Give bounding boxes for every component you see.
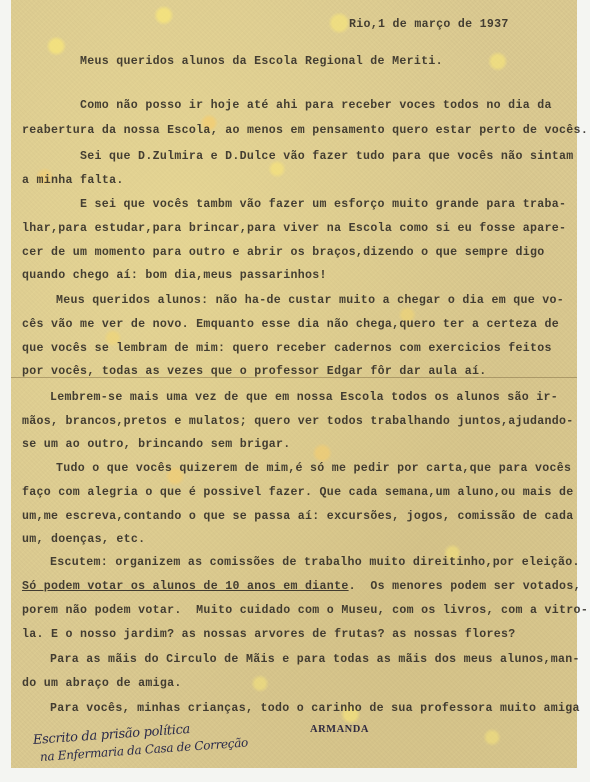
letter-line: reabertura da nossa Escola, ao menos em … bbox=[22, 124, 588, 137]
letter-line: Sei que D.Zulmira e D.Dulce vão fazer tu… bbox=[80, 150, 574, 163]
letter-line: mãos, brancos,pretos e mulatos; quero ve… bbox=[22, 415, 574, 428]
line-remainder: . Os menores podem ser votados, bbox=[349, 580, 581, 593]
letter-line: lhar,para estudar,para brincar,para vive… bbox=[22, 222, 566, 235]
letter-line: Para as mãis do Circulo de Mãis e para t… bbox=[50, 653, 580, 666]
letter-line: Como não posso ir hoje até ahi para rece… bbox=[80, 99, 552, 112]
letter-line: um, doenças, etc. bbox=[22, 533, 145, 546]
letter-line: cer de um momento para outro e abrir os … bbox=[22, 246, 545, 259]
letter-line-underlined: Só podem votar os alunos de 10 anos em d… bbox=[22, 580, 581, 593]
letter-line: la. E o nosso jardim? as nossas arvores … bbox=[22, 628, 516, 641]
letter-line: faço com alegria o que é possivel fazer.… bbox=[22, 486, 574, 499]
letter-line: Para vocês, minhas crianças, todo o cari… bbox=[50, 702, 580, 715]
letter-line: cês vão me ver de novo. Emquanto esse di… bbox=[22, 318, 559, 331]
letter-line: Meus queridos alunos: não ha-de custar m… bbox=[56, 294, 564, 307]
signature: ARMANDA bbox=[310, 724, 369, 735]
letter-line: a minha falta. bbox=[22, 174, 124, 187]
salutation: Meus queridos alunos da Escola Regional … bbox=[80, 55, 443, 68]
underlined-phrase: Só podem votar os alunos de 10 anos em d… bbox=[22, 580, 349, 593]
letter-line: que vocês se lembram de mim: quero receb… bbox=[22, 342, 552, 355]
letter-line: por vocês, todas as vezes que o professo… bbox=[22, 365, 486, 378]
letter-line: porem não podem votar. Muito cuidado com… bbox=[22, 604, 588, 617]
letter-line: Tudo o que vocês quizerem de mim,é só me… bbox=[56, 462, 571, 475]
letter-line: E sei que vocês tambm vão fazer um esfor… bbox=[80, 198, 566, 211]
date-line: Rio,1 de março de 1937 bbox=[349, 18, 509, 31]
letter-line: se um ao outro, brincando sem brigar. bbox=[22, 438, 291, 451]
letter-line: Escutem: organizem as comissões de traba… bbox=[50, 556, 580, 569]
letter-line: quando chego aí: bom dia,meus passarinho… bbox=[22, 269, 327, 282]
letter-line: um,me escreva,contando o que se passa aí… bbox=[22, 510, 574, 523]
letter-line: do um abraço de amiga. bbox=[22, 677, 182, 690]
letter-line: Lembrem-se mais uma vez de que em nossa … bbox=[50, 391, 558, 404]
